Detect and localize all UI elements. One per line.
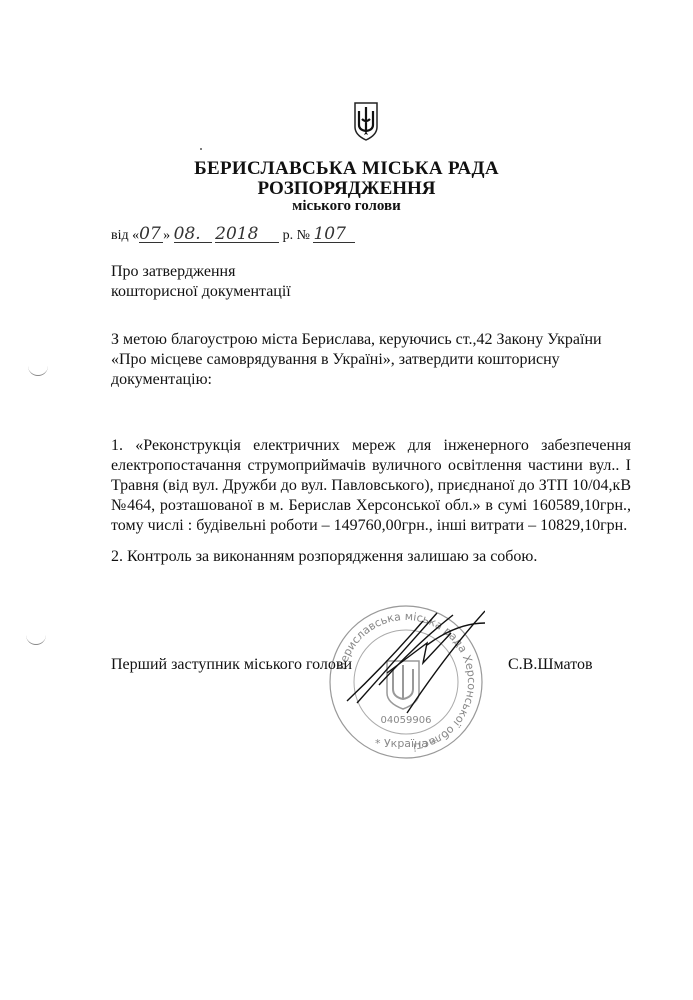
year-suffix: р. № xyxy=(283,228,310,243)
order-number: 107 xyxy=(313,227,355,243)
official-stamp: Бериславська міська рада Херсонської обл… xyxy=(327,603,485,761)
date-mid: » xyxy=(163,228,170,243)
signer-position: Перший заступник міського голови xyxy=(111,656,352,674)
subject-line-2: кошторисної документації xyxy=(111,282,291,302)
issuer: міського голови xyxy=(0,198,693,215)
svg-text:Бериславська міська рада Херсо: Бериславська міська рада Херсонської обл… xyxy=(335,610,478,754)
trident-emblem-icon xyxy=(353,101,379,141)
dateline: від «07» 08. 2018 р. № 107 xyxy=(111,227,355,244)
document-type: РОЗПОРЯДЖЕННЯ xyxy=(0,178,693,200)
punch-hole-mark xyxy=(28,365,48,376)
council-name: БЕРИСЛАВСЬКА МІСЬКА РАДА xyxy=(0,158,693,180)
stamp-bottom-text: * Україна * xyxy=(375,737,438,750)
intro-paragraph: З метою благоустрою міста Берислава, кер… xyxy=(111,330,631,390)
item-2: 2. Контроль за виконанням розпорядження … xyxy=(111,547,631,567)
stamp-outer-text: Бериславська міська рада Херсонської обл… xyxy=(335,610,478,754)
signer-name: С.В.Шматов xyxy=(508,656,593,674)
date-year: 2018 xyxy=(215,227,279,243)
punch-hole-mark xyxy=(26,634,46,645)
date-month: 08. xyxy=(174,227,212,243)
subject-line-1: Про затвердження xyxy=(111,262,291,282)
date-day: 07 xyxy=(139,227,163,243)
item-1: 1. «Реконструкція електричних мереж для … xyxy=(111,436,631,536)
date-prefix: від « xyxy=(111,228,139,243)
stamp-code: 04059906 xyxy=(381,715,432,726)
scan-speck xyxy=(200,148,202,150)
subject: Про затвердження кошторисної документаці… xyxy=(111,262,291,302)
